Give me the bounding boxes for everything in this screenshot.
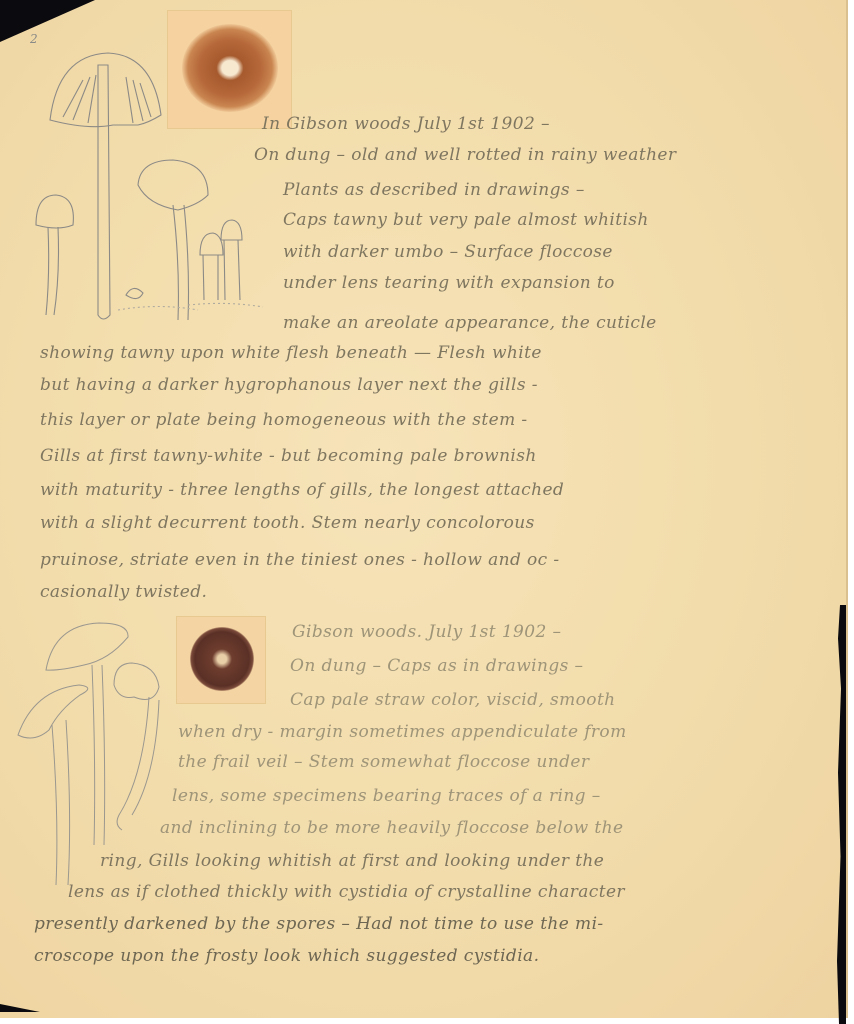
- entry-2-line-6: lens, some specimens bearing traces of a…: [172, 786, 601, 806]
- entry-2-line-8: ring, Gills looking whitish at first and…: [100, 851, 604, 871]
- scan-right-edge-shadow: [836, 605, 846, 1024]
- entry-1-line-1: In Gibson woods July 1st 1902 –: [262, 114, 550, 134]
- entry-1-line-15: casionally twisted.: [40, 582, 207, 602]
- entry-2-line-4: when dry - margin sometimes appendiculat…: [178, 722, 627, 742]
- entry-2-line-3: Cap pale straw color, viscid, smooth: [290, 690, 616, 710]
- entry-1-line-9: but having a darker hygrophanous layer n…: [40, 375, 538, 395]
- entry-1-line-11: Gills at first tawny-white - but becomin…: [40, 446, 537, 466]
- entry-1-line-6: under lens tearing with expansion to: [283, 273, 615, 293]
- notebook-page: 2 In Gibson woods July 1st 1902 – On dun…: [0, 0, 848, 1018]
- entry-1-line-3: Plants as described in drawings –: [283, 180, 585, 200]
- entry-2-line-5: the frail veil – Stem somewhat floccose …: [178, 752, 589, 772]
- entry-1-line-10: this layer or plate being homogeneous wi…: [40, 410, 528, 430]
- entry-2-line-7: and inclining to be more heavily floccos…: [160, 818, 623, 838]
- entry-2-line-2: On dung – Caps as in drawings –: [290, 656, 583, 676]
- entry-2-line-9: lens as if clothed thickly with cystidia…: [68, 882, 625, 902]
- entry-2-line-11: croscope upon the frosty look which sugg…: [34, 946, 539, 966]
- entry-1-line-14: pruinose, striate even in the tiniest on…: [40, 550, 560, 570]
- scan-bottom-edge-shadow: [0, 1004, 40, 1012]
- entry-2-line-10: presently darkened by the spores – Had n…: [34, 914, 604, 934]
- scan-corner-shadow: [0, 0, 95, 42]
- entry-1-line-5: with darker umbo – Surface floccose: [283, 242, 613, 262]
- page-number: 2: [30, 32, 38, 46]
- entry-1-line-4: Caps tawny but very pale almost whitish: [283, 210, 649, 230]
- entry-1-line-12: with maturity - three lengths of gills, …: [40, 480, 564, 500]
- entry-1-line-7: make an areolate appearance, the cuticle: [283, 313, 657, 333]
- spore-print-2: [177, 617, 265, 703]
- entry-1-line-8: showing tawny upon white flesh beneath —…: [40, 343, 542, 363]
- entry-1-line-2: On dung – old and well rotted in rainy w…: [254, 145, 676, 165]
- spore-print-ring: [190, 627, 254, 691]
- entry-1-line-13: with a slight decurrent tooth. Stem near…: [40, 513, 535, 533]
- entry-2-line-1: Gibson woods. July 1st 1902 –: [292, 622, 561, 642]
- mushroom-sketches-group-1: [28, 45, 273, 330]
